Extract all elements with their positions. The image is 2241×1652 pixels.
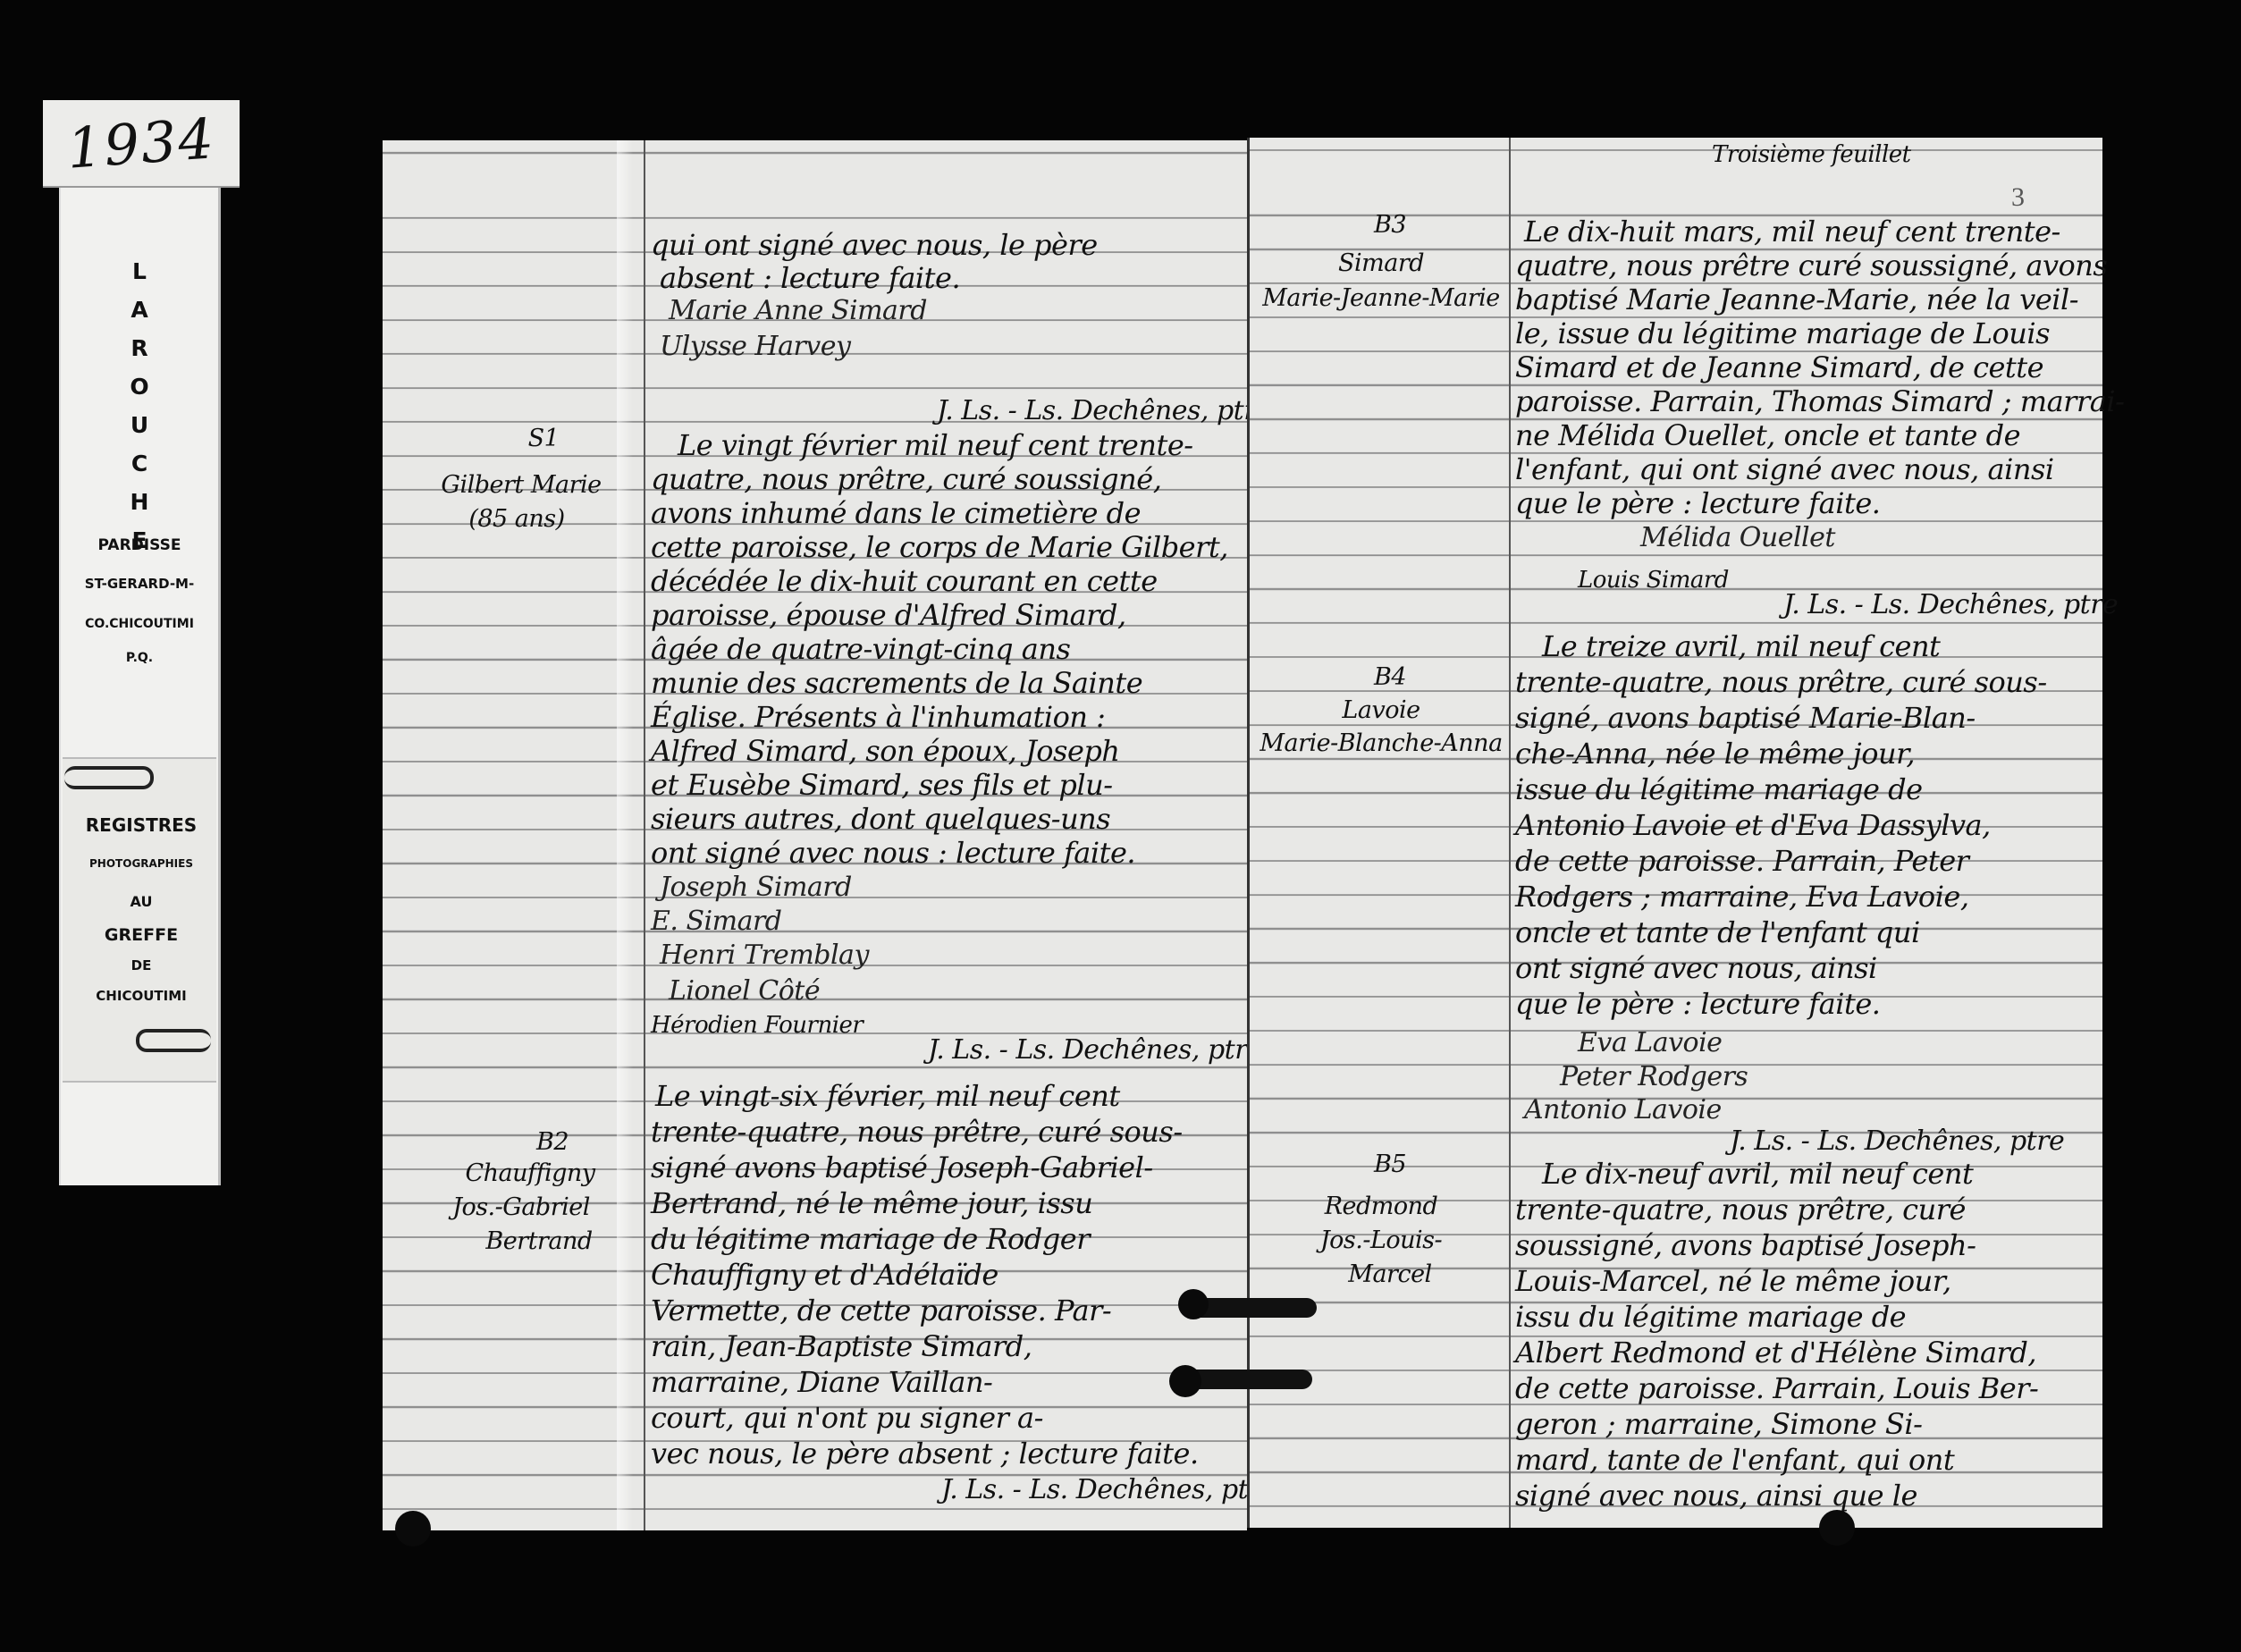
surname-letter: R (131, 329, 147, 367)
priest-signature: J. Ls. - Ls. Dechênes, ptre (937, 395, 1271, 426)
parish-line: CO.CHICOUTIMI (61, 617, 218, 631)
margin-name: Marie-Jeanne-Marie (1251, 284, 1511, 312)
text-line: Le dix-huit mars, mil neuf cent trente- (1524, 215, 2060, 249)
margin-column-rule (1509, 138, 1511, 1528)
text-line: baptisé Marie Jeanne-Marie, née la veil- (1515, 282, 2078, 316)
register-book: qui ont signé avec nous, le père absent … (383, 140, 2102, 1530)
margin-name: Simard (1265, 249, 1497, 277)
entry-code: B4 (1301, 663, 1479, 691)
year-tag: 1934 (43, 100, 240, 188)
margin-column-rule (644, 140, 645, 1530)
surname-letter: U (131, 406, 148, 444)
archive-line: DE (63, 957, 220, 973)
paperclip-icon (64, 766, 154, 789)
text-line: geron ; marraine, Simone Si- (1515, 1407, 1922, 1441)
text-line: signé avons baptisé Joseph-Gabriel- (651, 1150, 1153, 1184)
text-line: quatre, nous prêtre, curé soussigné, (651, 462, 1161, 496)
text-line: Le vingt février mil neuf cent trente- (678, 428, 1193, 462)
text-line: che-Anna, née le même jour, (1515, 737, 1915, 771)
priest-signature: J. Ls. - Ls. Dechênes, ptre (928, 1034, 1262, 1066)
text-line: que le père : lecture faite. (1515, 987, 1880, 1021)
entry-code: B5 (1301, 1150, 1479, 1178)
text-line: trente-quatre, nous prêtre, curé sous- (1515, 665, 2047, 699)
signature: Hérodien Fournier (651, 1012, 863, 1039)
signature: Marie Anne Simard (669, 295, 927, 326)
text-line: Alfred Simard, son époux, Joseph (651, 734, 1119, 768)
margin-name: Chauffigny (418, 1159, 642, 1187)
text-line: signé avec nous, ainsi que le (1515, 1479, 1917, 1513)
entry-code: S1 (472, 425, 615, 452)
binding-hole (395, 1511, 431, 1547)
surname-letter: C (131, 444, 147, 483)
archive-line: PHOTOGRAPHIES (63, 857, 220, 870)
signature: Lionel Côté (669, 975, 820, 1007)
text-line: quatre, nous prêtre curé soussigné, avon… (1515, 249, 2107, 282)
text-line: de cette paroisse. Parrain, Peter (1515, 844, 1968, 878)
text-line: Le treize avril, mil neuf cent (1542, 629, 1940, 663)
text-line: paroisse, épouse d'Alfred Simard, (651, 598, 1126, 632)
paperclip-icon (136, 1029, 211, 1052)
text-line: ne Mélida Ouellet, oncle et tante de (1515, 418, 2020, 452)
archive-label-strip: 1934 L A R O U C H E PARDISSE ST-GERARD-… (59, 100, 221, 1185)
signature: Louis Simard (1578, 567, 1729, 594)
text-line: qui ont signé avec nous, le père (651, 228, 1098, 262)
text-line: Louis-Marcel, né le même jour, (1515, 1264, 1951, 1298)
text-line: mard, tante de l'enfant, qui ont (1515, 1443, 1954, 1477)
text-line: cette paroisse, le corps de Marie Gilber… (651, 530, 1228, 564)
signature: Mélida Ouellet (1640, 522, 1835, 553)
text-line: l'enfant, qui ont signé avec nous, ainsi (1515, 452, 2054, 486)
text-line: rain, Jean-Baptiste Simard, (651, 1329, 1032, 1363)
text-line: avons inhumé dans le cimetière de (651, 496, 1141, 530)
text-line: soussigné, avons baptisé Joseph- (1515, 1228, 1976, 1262)
archive-line: CHICOUTIMI (63, 988, 220, 1004)
text-line: court, qui n'ont pu signer a- (651, 1401, 1043, 1435)
margin-name: Redmond (1265, 1193, 1497, 1220)
priest-signature: J. Ls. - Ls. Dechênes, ptre (941, 1474, 1276, 1505)
text-line: décédée le dix-huit courant en cette (651, 564, 1158, 598)
margin-name: Marie-Blanche-Anna (1251, 729, 1511, 757)
entry-code: B3 (1301, 211, 1479, 239)
text-line: vec nous, le père absent ; lecture faite… (651, 1437, 1199, 1471)
margin-name: Gilbert Marie (400, 471, 642, 499)
margin-name: Jos.-Louis- (1265, 1226, 1497, 1254)
margin-name: (85 ans) (418, 505, 615, 533)
text-line: ont signé avec nous : lecture faite. (651, 836, 1135, 870)
text-line: âgée de quatre-vingt-cinq ans (651, 632, 1070, 666)
text-line: ont signé avec nous, ainsi (1515, 951, 1877, 985)
text-line: sieurs autres, dont quelques-uns (651, 802, 1110, 836)
text-line: trente-quatre, nous prêtre, curé sous- (651, 1115, 1183, 1149)
signature: Ulysse Harvey (660, 331, 850, 362)
text-line: Bertrand, né le même jour, issu (651, 1186, 1092, 1220)
surname-letter: A (131, 291, 147, 329)
text-line: Albert Redmond et d'Hélène Simard, (1515, 1336, 2036, 1370)
text-line: issue du légitime mariage de (1515, 772, 1923, 806)
signature: E. Simard (651, 906, 782, 937)
text-line: Antonio Lavoie et d'Eva Dassylva, (1515, 808, 1991, 842)
text-line: paroisse. Parrain, Thomas Simard ; marra… (1515, 384, 2124, 418)
signature: Joseph Simard (660, 872, 852, 903)
archive-line: AU (63, 893, 220, 910)
text-line: Rodgers ; marraine, Eva Lavoie, (1515, 880, 1969, 914)
surname-vertical: L A R O U C H E (61, 252, 218, 560)
parish-line: P.Q. (61, 651, 218, 665)
signature: Antonio Lavoie (1524, 1094, 1722, 1125)
text-line: marraine, Diane Vaillan- (651, 1365, 992, 1399)
right-page: Troisième feuillet 3 B3 Simard Marie-Jea… (1247, 138, 2102, 1528)
parish-line: PARDISSE (61, 536, 218, 554)
text-line: et Eusèbe Simard, ses fils et plu- (651, 768, 1113, 802)
signature: Eva Lavoie (1578, 1027, 1722, 1058)
text-line: Église. Présents à l'inhumation : (651, 700, 1105, 734)
text-line: le, issue du légitime mariage de Louis (1515, 316, 2050, 350)
text-line: signé, avons baptisé Marie-Blan- (1515, 701, 1976, 735)
margin-name: Marcel (1283, 1260, 1497, 1288)
surname-letter: O (130, 367, 148, 406)
page-number: 3 (2011, 182, 2025, 213)
text-line: Le dix-neuf avril, mil neuf cent (1542, 1157, 1973, 1191)
archive-card: REGISTRES PHOTOGRAPHIES AU GREFFE DE CHI… (63, 757, 216, 1083)
archive-line: REGISTRES (63, 814, 220, 836)
priest-signature: J. Ls. - Ls. Dechênes, ptre (1730, 1125, 2064, 1157)
sheet-header-note: Troisième feuillet (1712, 141, 1911, 168)
margin-name: Bertrand (436, 1227, 642, 1255)
archive-line: GREFFE (63, 925, 220, 945)
left-page: qui ont signé avec nous, le père absent … (383, 140, 1247, 1530)
text-line: Simard et de Jeanne Simard, de cette (1515, 350, 2043, 384)
page-gutter (1247, 138, 1250, 1528)
text-line: du légitime mariage de Rodger (651, 1222, 1090, 1256)
parish-line: ST-GERARD-M- (61, 576, 218, 592)
text-line: Chauffigny et d'Adélaïde (651, 1258, 998, 1292)
surname-letter: H (131, 483, 149, 521)
text-line: munie des sacrements de la Sainte (651, 666, 1142, 700)
signature: Henri Tremblay (660, 940, 869, 971)
text-line: de cette paroisse. Parrain, Louis Ber- (1515, 1371, 2038, 1405)
binding-hole (1819, 1510, 1855, 1546)
margin-name: Jos.-Gabriel (400, 1193, 642, 1221)
text-line: que le père : lecture faite. (1515, 486, 1880, 520)
text-line: issu du légitime mariage de (1515, 1300, 1906, 1334)
entry-code: B2 (490, 1128, 615, 1156)
margin-name: Lavoie (1265, 696, 1497, 724)
text-line: Vermette, de cette paroisse. Par- (651, 1294, 1111, 1327)
signature: Peter Rodgers (1560, 1061, 1748, 1092)
surname-letter: L (132, 252, 147, 291)
text-line: Le vingt-six février, mil neuf cent (655, 1079, 1120, 1113)
priest-signature: J. Ls. - Ls. Dechênes, ptre (1783, 589, 2118, 620)
text-line: absent : lecture faite. (660, 261, 960, 295)
text-line: trente-quatre, nous prêtre, curé (1515, 1193, 1966, 1226)
year-label: 1934 (65, 105, 217, 181)
text-line: oncle et tante de l'enfant qui (1515, 915, 1920, 949)
